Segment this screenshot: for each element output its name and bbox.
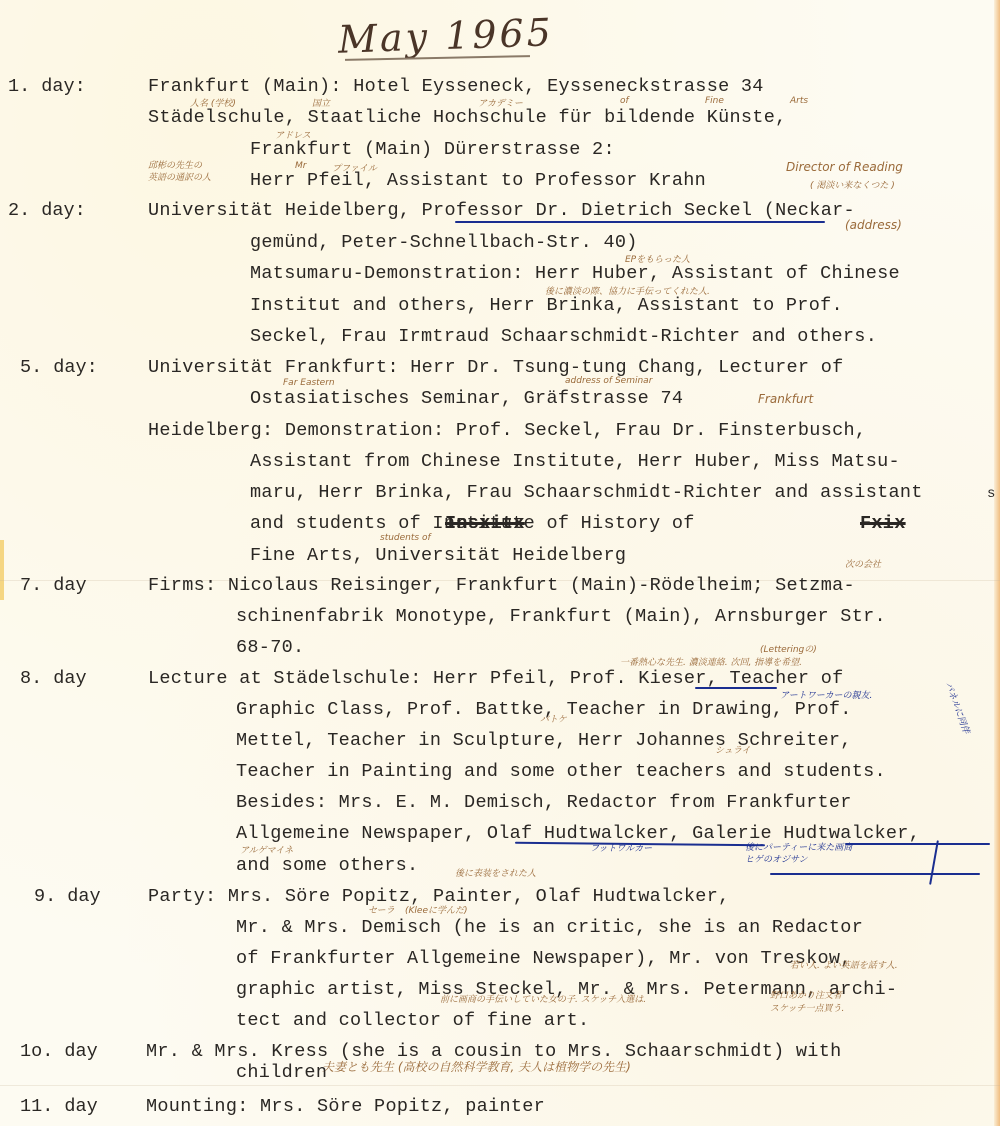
annotation: セーラ xyxy=(368,903,395,916)
annotation: (Kleeに学んだ) xyxy=(405,903,468,916)
entry-line: Matsumaru-Demonstration: Herr Huber, Ass… xyxy=(250,263,900,284)
annotation: Mr xyxy=(295,161,306,171)
annotation: 後に濃淡の際、協力に手伝ってくれた人. xyxy=(545,284,710,297)
day-label: 8. day xyxy=(20,668,87,689)
day-label: 9. day xyxy=(34,886,101,907)
annotation: (Letteringの) xyxy=(760,642,817,655)
day-label: 5. day: xyxy=(20,357,98,378)
entry-line: maru, Herr Brinka, Frau Schaarschmidt-Ri… xyxy=(250,482,923,503)
entry-line: Assistant from Chinese Institute, Herr H… xyxy=(250,451,900,472)
annotation: 後にパーティーに来た画商 ヒゲのオジサン xyxy=(745,842,852,866)
annotation: Frankfurt xyxy=(758,392,813,406)
annotation: アカデミー xyxy=(478,96,523,109)
underline-galerie xyxy=(845,843,990,845)
entry-line: Heidelberg: Demonstration: Prof. Seckel,… xyxy=(148,420,866,441)
entry-line: Universität Frankfurt: Herr Dr. Tsung-tu… xyxy=(148,357,844,378)
annotation: 後に表装をされた人 xyxy=(455,866,536,879)
paper-edge-stain xyxy=(994,0,1000,1126)
underline-seckel xyxy=(455,221,825,223)
annotation: 一番熱心な先生. 濃淡連絡. 次回, 指導を希望. xyxy=(620,655,802,668)
annotation: 野口あかり注文者 スケッチ一点買う. xyxy=(770,990,844,1016)
entry-line: Herr Pfeil, Assistant to Professor Krahn xyxy=(250,170,706,191)
annotation: フットワルカー xyxy=(590,841,652,854)
annotation: address of Seminar xyxy=(565,376,652,386)
annotation: EPをもらった人 xyxy=(625,252,690,265)
annotation: 夫妻とも先生 (高校の自然科学教育, 夫人は植物学の先生) xyxy=(322,1058,631,1075)
annotation: 邱彬の先生の 英語の通訳の人 xyxy=(148,160,211,184)
annotation: students of xyxy=(380,533,431,543)
entry-line: Mettel, Teacher in Sculpture, Herr Johan… xyxy=(236,730,852,751)
entry-line: of Frankfurter Allgemeine Newspaper), Mr… xyxy=(236,948,852,969)
day-label: 7. day xyxy=(20,575,87,596)
entry-line: Ostasiatisches Seminar, Gräfstrasse 74 xyxy=(250,388,683,409)
annotation: アドレス xyxy=(275,128,311,141)
entry-line: Teacher in Painting and some other teach… xyxy=(236,761,886,782)
entry-line: Besides: Mrs. E. M. Demisch, Redactor fr… xyxy=(236,792,852,813)
entry-line: 68-70. xyxy=(236,637,304,658)
paper-edge-stain-left xyxy=(0,540,4,600)
trailing-letter: s xyxy=(987,486,996,502)
entry-line: Lecture at Städelschule: Herr Pfeil, Pro… xyxy=(148,668,844,689)
entry-line: Frankfurt (Main): Hotel Eysseneck, Eysse… xyxy=(148,76,764,97)
annotation: of xyxy=(620,96,629,106)
entry-line: children xyxy=(236,1062,327,1083)
entry-line: Städelschule, Staatliche Hochschule für … xyxy=(148,107,787,128)
entry-line: Seckel, Frau Irmtraud Schaarschmidt-Rich… xyxy=(250,326,877,347)
entry-line: gemünd, Peter-Schnellbach-Str. 40) xyxy=(250,232,638,253)
annotation: 次の会社 xyxy=(845,557,881,570)
day-label: 1. day: xyxy=(8,76,86,97)
annotation: ( 渇淡い来なくつた ) xyxy=(810,178,895,191)
annotation: Fine xyxy=(705,96,724,106)
document-title: May 1965 xyxy=(337,10,554,62)
entry-line: Fine Arts, Universität Heidelberg xyxy=(250,545,626,566)
annotation: 人名 (学校) xyxy=(190,96,236,109)
annotation: (address) xyxy=(845,218,902,232)
entry-line: tect and collector of fine art. xyxy=(236,1010,589,1031)
day-label: 2. day: xyxy=(8,200,86,221)
entry-line: Institut and others, Herr Brinka, Assist… xyxy=(250,295,843,316)
entry-line: Mounting: Mrs. Söre Popitz, painter xyxy=(146,1096,545,1117)
annotation: プファイル xyxy=(332,161,377,174)
day-label: 11. day xyxy=(20,1096,98,1117)
annotation: Far Eastern xyxy=(283,378,335,388)
entry-line: and some others. xyxy=(236,855,418,876)
entry-line: Firms: Nicolaus Reisinger, Frankfurt (Ma… xyxy=(148,575,855,596)
paper-fold xyxy=(0,1085,1000,1086)
entry-line: Universität Heidelberg, Professor Dr. Di… xyxy=(148,200,855,221)
entry-line: schinenfabrik Monotype, Frankfurt (Main)… xyxy=(236,606,886,627)
entry-line: Frankfurt (Main) Dürerstrasse 2: xyxy=(250,139,615,160)
annotation: 若い人. よい英語を話す人. xyxy=(790,958,898,971)
annotation: Arts xyxy=(790,96,808,106)
struck-text: Insxitx xyxy=(445,513,525,534)
entry-line: Mr. & Mrs. Demisch (he is an critic, she… xyxy=(236,917,863,938)
underline-kieser xyxy=(695,687,777,689)
annotation: Director of Reading xyxy=(786,160,903,174)
underline-bracket xyxy=(770,873,980,875)
struck-text: Fxix xyxy=(860,513,906,534)
annotation: シュライ xyxy=(715,743,751,756)
day-label: 1o. day xyxy=(20,1041,98,1062)
annotation: 国立 xyxy=(312,96,330,109)
entry-line: Allgemeine Newspaper, Olaf Hudtwalcker, … xyxy=(236,823,920,844)
annotation: 前に画商の手伝いしていた女の子. スケッチ入選は. xyxy=(440,992,646,1005)
annotation: バトケ xyxy=(540,712,567,725)
